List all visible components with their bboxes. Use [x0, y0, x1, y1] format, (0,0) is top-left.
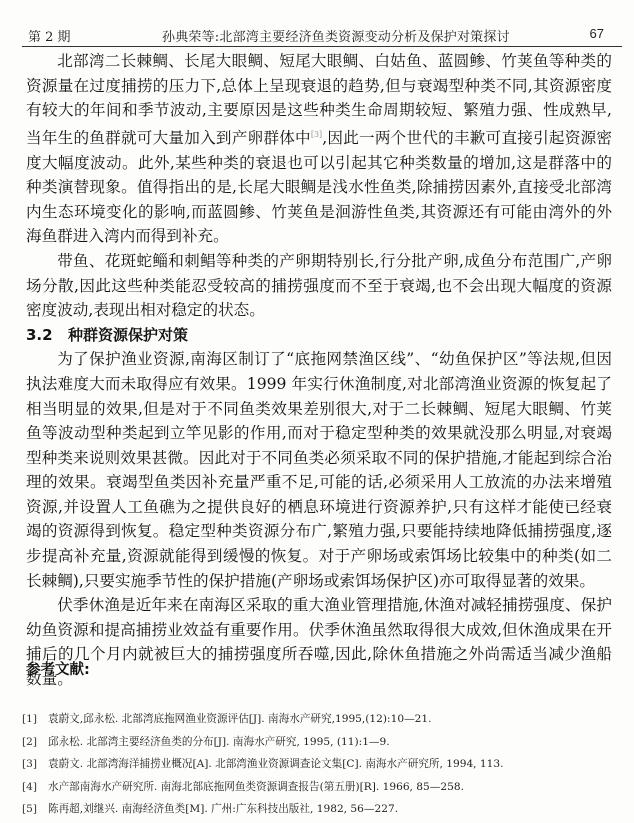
paragraph: 带鱼、花斑蛇鲻和刺鲳等种类的产卵期特别长,行分批产卵,成鱼分布范围广,产卵场分散… — [26, 249, 612, 323]
running-title: 孙典荣等:北部湾主要经济鱼类资源变动分析及保护对策探讨 — [162, 26, 510, 45]
header-rule — [22, 46, 622, 47]
reference-number: [4] — [22, 776, 48, 799]
issue-number: 第 2 期 — [28, 26, 71, 45]
section-number: 3.2 — [26, 323, 68, 348]
running-header: 第 2 期 孙典荣等:北部湾主要经济鱼类资源变动分析及保护对策探讨 67 — [26, 22, 612, 44]
reference-item: [1]袁蔚文,邱永松. 北部湾底拖网渔业资源评估[J]. 南海水产研究,1995… — [22, 708, 622, 731]
reference-number: [3] — [22, 753, 48, 776]
reference-number: [2] — [22, 731, 48, 754]
reference-list: [1]袁蔚文,邱永松. 北部湾底拖网渔业资源评估[J]. 南海水产研究,1995… — [22, 708, 622, 821]
section-heading: 3.2种群资源保护对策 — [26, 323, 612, 348]
reference-number: [1] — [22, 708, 48, 731]
reference-text: 陈再超,刘继兴. 南海经济鱼类[M]. 广州:广东科技出版社, 1982, 56… — [48, 803, 398, 815]
reference-number: [5] — [22, 798, 48, 821]
reference-text: 水产部南海水产研究所. 南海北部底拖网鱼类资源调查报告(第五册)[R]. 196… — [48, 781, 464, 793]
reference-item: [3]袁蔚文. 北部湾海洋捕捞业概况[A]. 北部湾渔业资源调查论文集[C]. … — [22, 753, 622, 776]
reference-item: [5]陈再超,刘继兴. 南海经济鱼类[M]. 广州:广东科技出版社, 1982,… — [22, 798, 622, 821]
paragraph: 北部湾二长棘鲷、长尾大眼鲷、短尾大眼鲷、白姑鱼、蓝圆鲹、竹荚鱼等种类的资源量在过… — [26, 49, 612, 249]
paragraph: 伏季休渔是近年来在南海区采取的重大渔业管理措施,休渔对减轻捕捞强度、保护幼鱼资源… — [26, 593, 612, 691]
paragraph: 为了保护渔业资源,南海区制订了“底拖网禁渔区线”、“幼鱼保护区”等法规,但因执法… — [26, 347, 612, 593]
references-heading: 参考文献: — [26, 658, 90, 679]
reference-item: [2]邱永松. 北部湾主要经济鱼类的分布[J]. 南海水产研究, 1995, (… — [22, 731, 622, 754]
reference-item: [4]水产部南海水产研究所. 南海北部底拖网鱼类资源调查报告(第五册)[R]. … — [22, 776, 622, 799]
citation-superscript[interactable]: [3] — [311, 130, 322, 139]
section-title: 种群资源保护对策 — [68, 326, 188, 344]
reference-text: 邱永松. 北部湾主要经济鱼类的分布[J]. 南海水产研究, 1995, (11)… — [48, 736, 390, 748]
page-number: 67 — [590, 26, 604, 41]
reference-text: 袁蔚文,邱永松. 北部湾底拖网渔业资源评估[J]. 南海水产研究,1995,(1… — [48, 713, 432, 725]
reference-text: 袁蔚文. 北部湾海洋捕捞业概况[A]. 北部湾渔业资源调查论文集[C]. 南海水… — [48, 758, 504, 770]
article-body: 北部湾二长棘鲷、长尾大眼鲷、短尾大眼鲷、白姑鱼、蓝圆鲹、竹荚鱼等种类的资源量在过… — [26, 49, 612, 692]
